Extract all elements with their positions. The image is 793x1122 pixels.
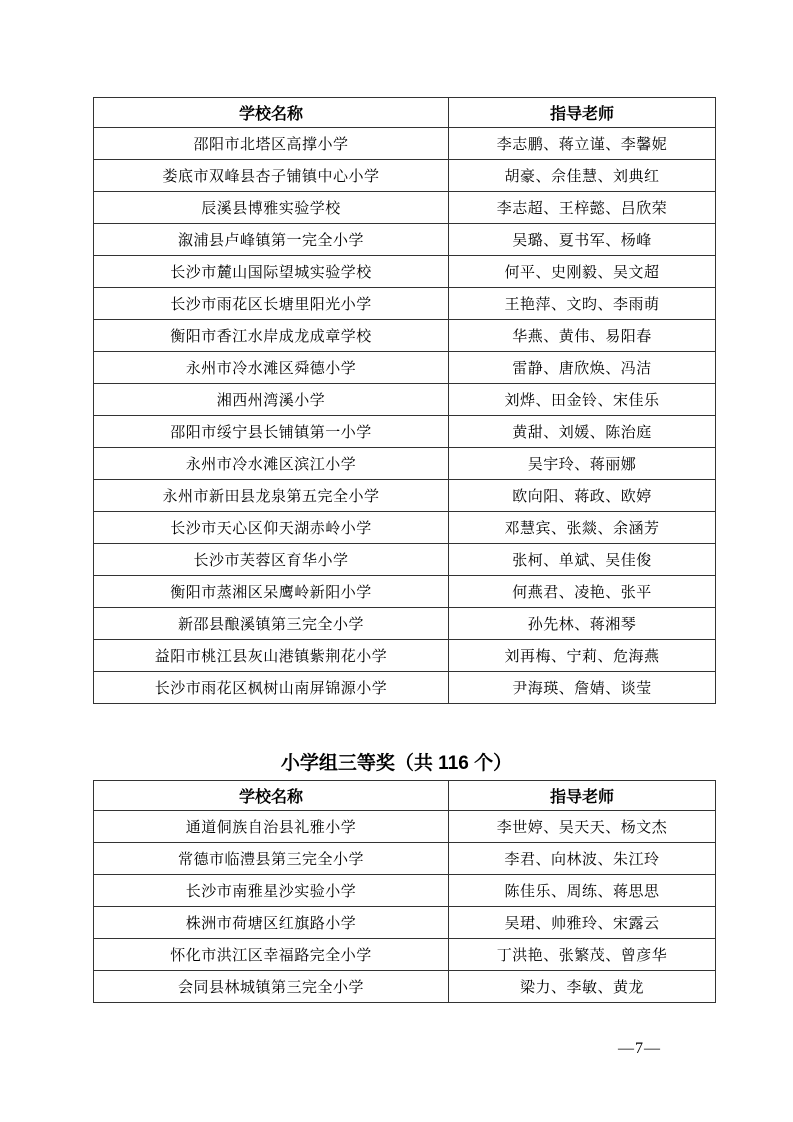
school-name-header: 学校名称 [94,98,449,128]
teachers-cell: 吴珺、帅雅玲、宋露云 [449,907,716,939]
school-cell: 新邵县酿溪镇第三完全小学 [94,608,449,640]
school-cell: 长沙市南雅星沙实验小学 [94,875,449,907]
school-cell: 永州市冷水滩区滨江小学 [94,448,449,480]
table-row: 新邵县酿溪镇第三完全小学孙先林、蒋湘琴 [94,608,716,640]
table-row: 永州市冷水滩区舜德小学雷静、唐欣焕、冯洁 [94,352,716,384]
teachers-cell: 张柯、单斌、吴佳俊 [449,544,716,576]
teachers-cell: 黄甜、刘媛、陈治庭 [449,416,716,448]
school-cell: 长沙市芙蓉区育华小学 [94,544,449,576]
table-row: 长沙市麓山国际望城实验学校何平、史刚毅、吴文超 [94,256,716,288]
teachers-cell: 何平、史刚毅、吴文超 [449,256,716,288]
school-cell: 衡阳市香江水岸成龙成章学校 [94,320,449,352]
teachers-cell: 华燕、黄伟、易阳春 [449,320,716,352]
teachers-cell: 胡豪、佘佳慧、刘典红 [449,160,716,192]
table-row: 长沙市天心区仰天湖赤岭小学邓慧宾、张燚、余涵芳 [94,512,716,544]
table-row: 永州市冷水滩区滨江小学吴宇玲、蒋丽娜 [94,448,716,480]
table-header-row: 学校名称指导老师 [94,98,716,128]
table-row: 永州市新田县龙泉第五完全小学欧向阳、蒋政、欧婷 [94,480,716,512]
teachers-cell: 邓慧宾、张燚、余涵芳 [449,512,716,544]
table-row: 益阳市桃江县灰山港镇紫荆花小学刘再梅、宁莉、危海燕 [94,640,716,672]
teachers-header: 指导老师 [449,781,716,811]
school-cell: 永州市新田县龙泉第五完全小学 [94,480,449,512]
teachers-cell: 李君、向林波、朱江玲 [449,843,716,875]
school-cell: 娄底市双峰县杏子铺镇中心小学 [94,160,449,192]
table-row: 衡阳市香江水岸成龙成章学校华燕、黄伟、易阳春 [94,320,716,352]
school-cell: 衡阳市蒸湘区呆鹰岭新阳小学 [94,576,449,608]
table-row: 邵阳市绥宁县长铺镇第一小学黄甜、刘媛、陈治庭 [94,416,716,448]
teachers-cell: 丁洪艳、张繁茂、曾彦华 [449,939,716,971]
table-row: 通道侗族自治县礼雅小学李世婷、吴天天、杨文杰 [94,811,716,843]
teachers-cell: 吴璐、夏书军、杨峰 [449,224,716,256]
table-row: 娄底市双峰县杏子铺镇中心小学胡豪、佘佳慧、刘典红 [94,160,716,192]
school-cell: 长沙市雨花区枫树山南屏锦源小学 [94,672,449,704]
school-cell: 辰溪县博雅实验学校 [94,192,449,224]
school-cell: 邵阳市北塔区高撑小学 [94,128,449,160]
table-row: 常德市临澧县第三完全小学李君、向林波、朱江玲 [94,843,716,875]
school-cell: 长沙市天心区仰天湖赤岭小学 [94,512,449,544]
table-header-row: 学校名称指导老师 [94,781,716,811]
teachers-cell: 刘烨、田金铃、宋佳乐 [449,384,716,416]
teachers-cell: 李志超、王梓懿、吕欣荣 [449,192,716,224]
table-row: 溆浦县卢峰镇第一完全小学吴璐、夏书军、杨峰 [94,224,716,256]
school-cell: 湘西州湾溪小学 [94,384,449,416]
teachers-cell: 尹海瑛、詹婧、谈莹 [449,672,716,704]
section-heading-third-prize: 小学组三等奖（共 116 个） [0,748,793,775]
teachers-cell: 陈佳乐、周练、蒋思思 [449,875,716,907]
school-cell: 会同县林城镇第三完全小学 [94,971,449,1003]
school-cell: 怀化市洪江区幸福路完全小学 [94,939,449,971]
table-row: 辰溪县博雅实验学校李志超、王梓懿、吕欣荣 [94,192,716,224]
table-row: 邵阳市北塔区高撑小学李志鹏、蒋立谨、李馨妮 [94,128,716,160]
teachers-cell: 刘再梅、宁莉、危海燕 [449,640,716,672]
teachers-cell: 王艳萍、文昀、李雨萌 [449,288,716,320]
document-page: 学校名称指导老师邵阳市北塔区高撑小学李志鹏、蒋立谨、李馨妮娄底市双峰县杏子铺镇中… [0,0,793,1122]
school-cell: 溆浦县卢峰镇第一完全小学 [94,224,449,256]
third-prize-table-wrap: 学校名称指导老师通道侗族自治县礼雅小学李世婷、吴天天、杨文杰常德市临澧县第三完全… [93,780,716,1003]
award-table-continued-wrap: 学校名称指导老师邵阳市北塔区高撑小学李志鹏、蒋立谨、李馨妮娄底市双峰县杏子铺镇中… [93,97,716,704]
teachers-cell: 李志鹏、蒋立谨、李馨妮 [449,128,716,160]
page-number: —7— [618,1040,661,1058]
table-row: 怀化市洪江区幸福路完全小学丁洪艳、张繁茂、曾彦华 [94,939,716,971]
teachers-cell: 吴宇玲、蒋丽娜 [449,448,716,480]
teachers-cell: 李世婷、吴天天、杨文杰 [449,811,716,843]
teachers-header: 指导老师 [449,98,716,128]
teachers-cell: 梁力、李敏、黄龙 [449,971,716,1003]
school-cell: 长沙市麓山国际望城实验学校 [94,256,449,288]
table-row: 长沙市雨花区长塘里阳光小学王艳萍、文昀、李雨萌 [94,288,716,320]
school-cell: 永州市冷水滩区舜德小学 [94,352,449,384]
award-table-continued: 学校名称指导老师邵阳市北塔区高撑小学李志鹏、蒋立谨、李馨妮娄底市双峰县杏子铺镇中… [93,97,716,704]
school-cell: 常德市临澧县第三完全小学 [94,843,449,875]
school-cell: 通道侗族自治县礼雅小学 [94,811,449,843]
school-cell: 长沙市雨花区长塘里阳光小学 [94,288,449,320]
teachers-cell: 何燕君、凌艳、张平 [449,576,716,608]
teachers-cell: 欧向阳、蒋政、欧婷 [449,480,716,512]
table-row: 衡阳市蒸湘区呆鹰岭新阳小学何燕君、凌艳、张平 [94,576,716,608]
school-cell: 邵阳市绥宁县长铺镇第一小学 [94,416,449,448]
school-cell: 益阳市桃江县灰山港镇紫荆花小学 [94,640,449,672]
teachers-cell: 雷静、唐欣焕、冯洁 [449,352,716,384]
table-row: 会同县林城镇第三完全小学梁力、李敏、黄龙 [94,971,716,1003]
table-row: 长沙市芙蓉区育华小学张柯、单斌、吴佳俊 [94,544,716,576]
third-prize-table: 学校名称指导老师通道侗族自治县礼雅小学李世婷、吴天天、杨文杰常德市临澧县第三完全… [93,780,716,1003]
school-name-header: 学校名称 [94,781,449,811]
table-row: 株洲市荷塘区红旗路小学吴珺、帅雅玲、宋露云 [94,907,716,939]
teachers-cell: 孙先林、蒋湘琴 [449,608,716,640]
table-row: 湘西州湾溪小学刘烨、田金铃、宋佳乐 [94,384,716,416]
table-row: 长沙市南雅星沙实验小学陈佳乐、周练、蒋思思 [94,875,716,907]
school-cell: 株洲市荷塘区红旗路小学 [94,907,449,939]
table-row: 长沙市雨花区枫树山南屏锦源小学尹海瑛、詹婧、谈莹 [94,672,716,704]
